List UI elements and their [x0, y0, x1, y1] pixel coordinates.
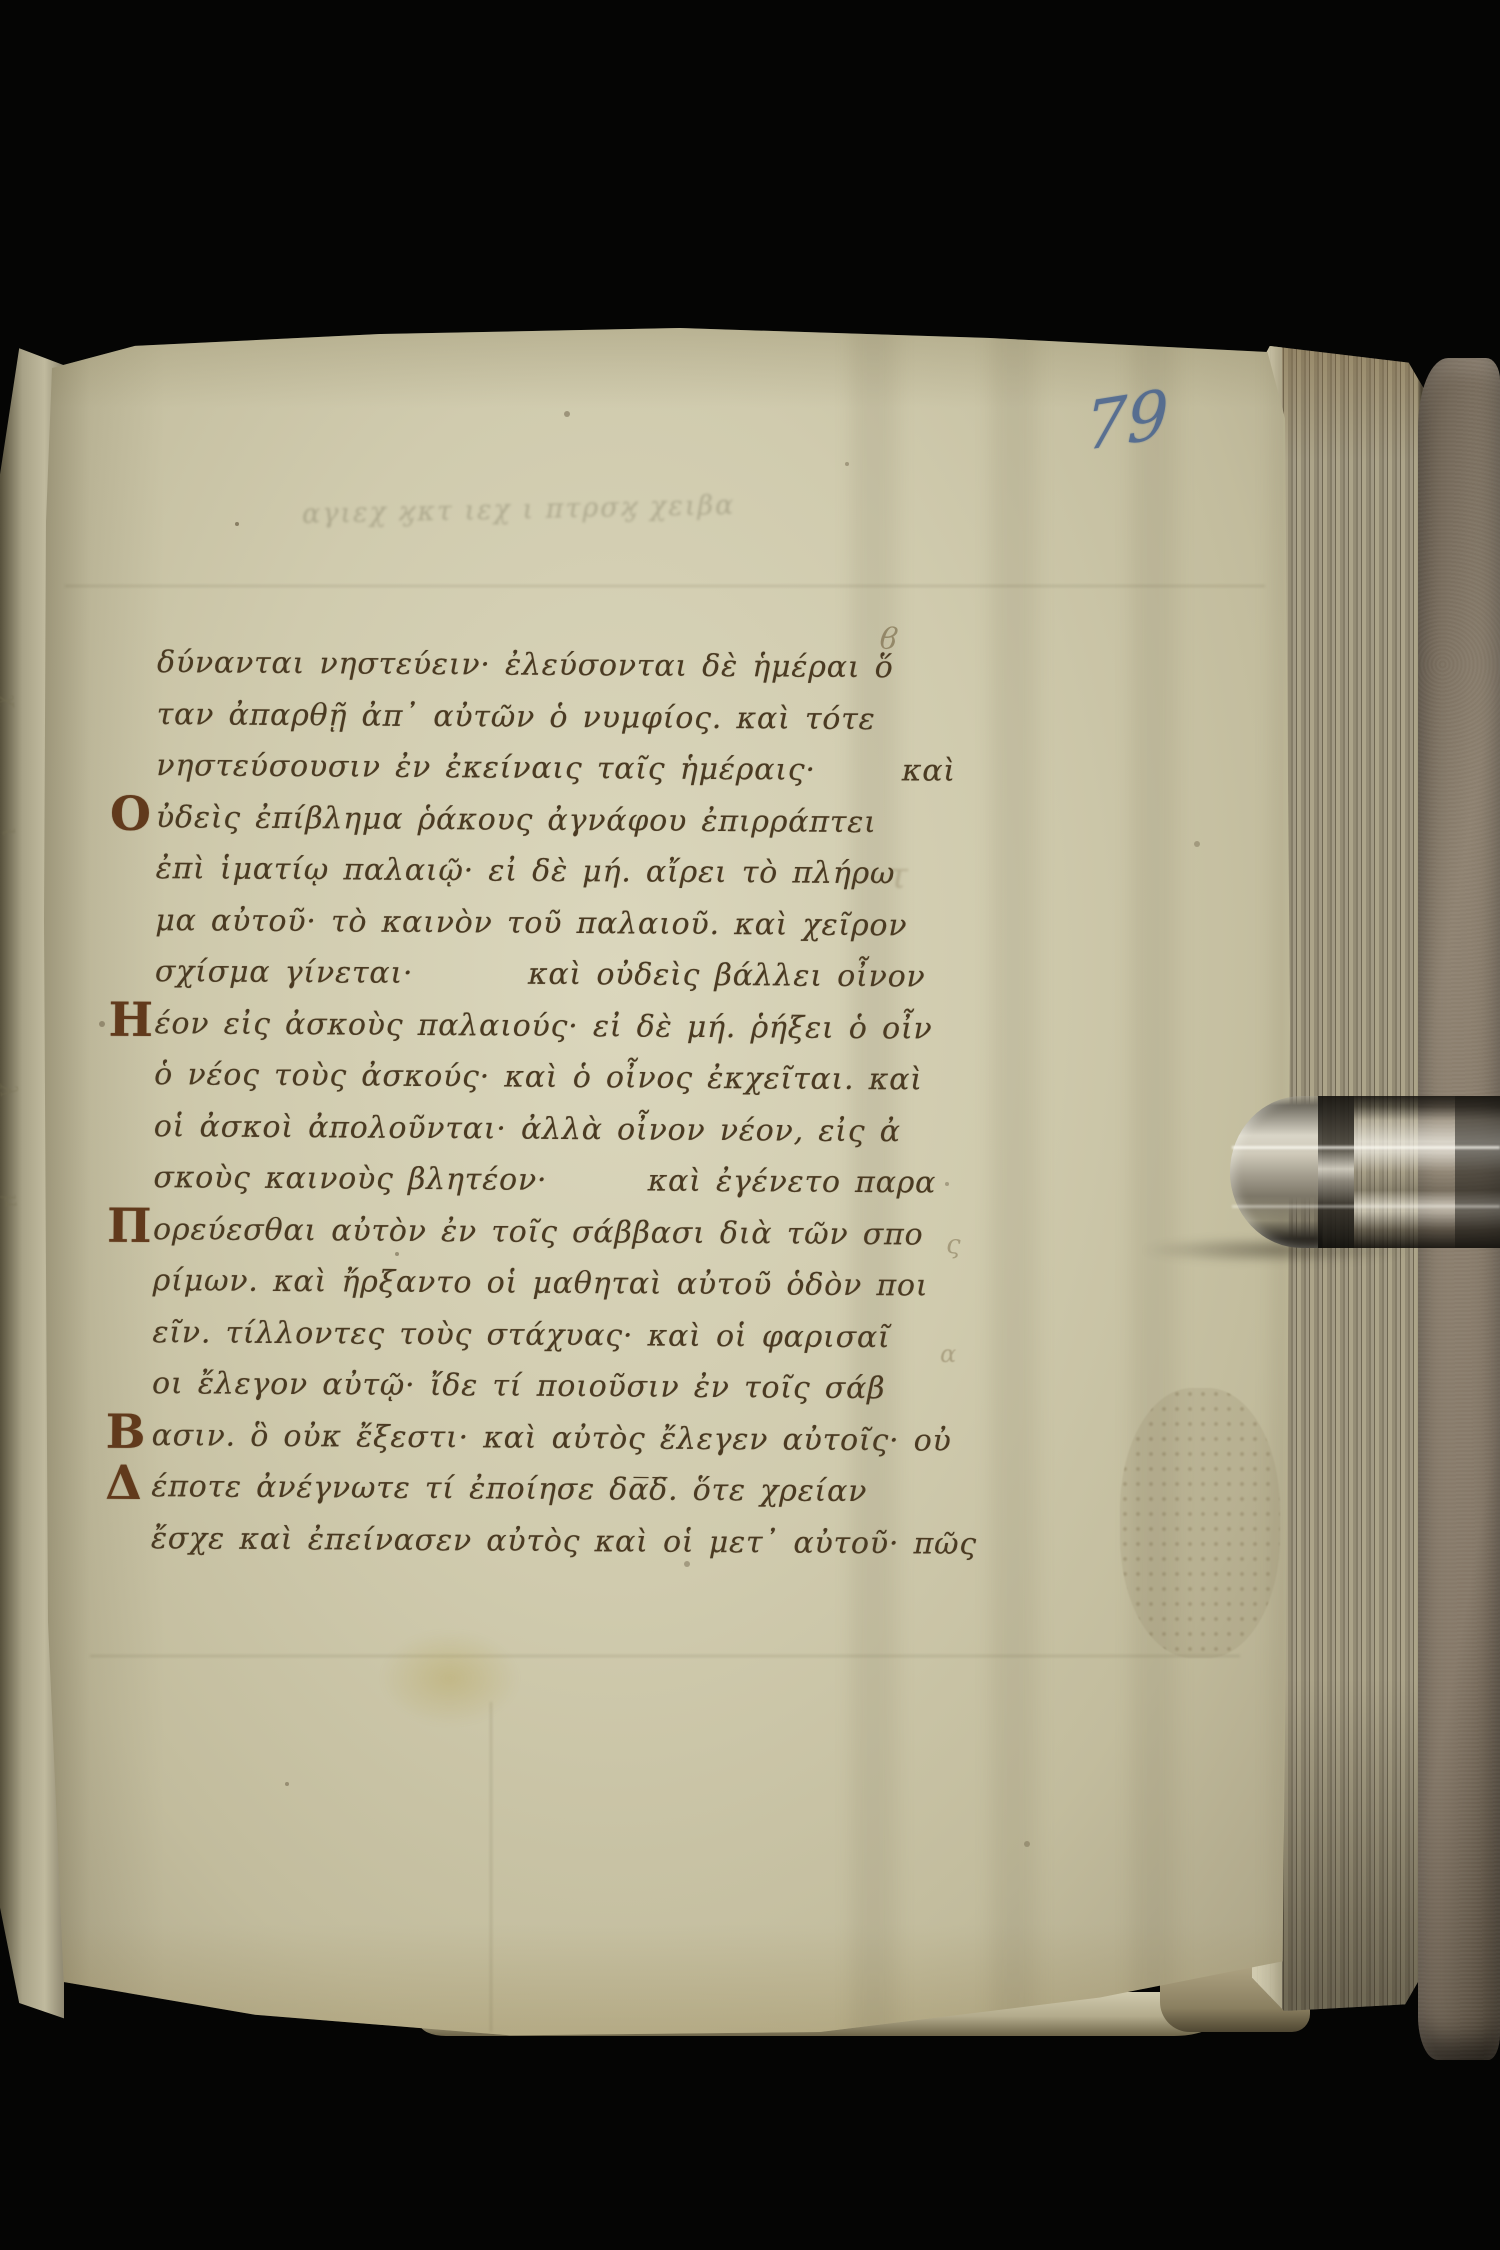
- text-line: ταν ἀπαρθῇ ἀπ᾽ αὐτῶν ὁ νυμφίος. καὶ τότε: [111, 688, 1031, 746]
- marginal-mark: ς: [946, 1230, 961, 1260]
- line-initial: Η: [108, 994, 154, 1046]
- faded-offset-text: αγιεχ ϗκτ ιεχ ι πτρσϗ χειβα: [302, 489, 763, 530]
- line-text: εῖν. τίλλοντες τοὺς στάχυας· καὶ οἱ φαρι…: [152, 1315, 890, 1355]
- text-line: εῖν. τίλλοντες τοὺς στάχυας· καὶ οἱ φαρι…: [106, 1306, 1026, 1364]
- text-line: Δέποτε ἀνέγνωτε τί ἐποίησε δα̅δ̅. ὅτε χρ…: [105, 1461, 1025, 1519]
- line-text: οἱ ἀσκοὶ ἀπολοῦνται· ἀλλὰ οἶνον νέον, εἰ…: [154, 1109, 901, 1149]
- line-text: σχίσμα γίνεται· καὶ οὐδεὶς βάλλει οἶνον: [155, 954, 926, 994]
- line-text: ἐπὶ ἱματίῳ παλαιῷ· εἰ δὲ μή. αἴρει τὸ πλ…: [156, 851, 896, 891]
- text-line: ὁ νέος τοὺς ἀσκούς· καὶ ὁ οἶνος ἐκχεῖται…: [108, 1049, 1028, 1107]
- line-text: ὐδεὶς ἐπίβλημα ῥάκους ἀγνάφου ἐπιρράπτει: [156, 800, 877, 840]
- text-line: Βασιν. ὃ οὐκ ἔξεστι· καὶ αὐτὸς ἔλεγεν αὐ…: [105, 1409, 1025, 1467]
- parchment-crease: [90, 1655, 1240, 1657]
- text-line: ρίμων. καὶ ἤρξαντο οἱ μαθηταὶ αὐτοῦ ὁδὸν…: [107, 1255, 1027, 1313]
- page-weight-ring: [1318, 1096, 1354, 1248]
- page-weight-highlight: [1232, 1205, 1500, 1208]
- line-initial: Δ: [105, 1458, 143, 1510]
- line-initial: Ο: [110, 788, 152, 840]
- line-initial: Β: [106, 1406, 147, 1458]
- showthrough-glyph: ι: [0, 825, 25, 839]
- line-text: σκοὺς καινοὺς βλητέον· καὶ ἐγένετο παρα: [153, 1160, 936, 1200]
- line-text: μα αὐτοῦ· τὸ καινὸν τοῦ παλαιοῦ. καὶ χεῖ…: [155, 903, 907, 943]
- line-text: ασιν. ὃ οὐκ ἔξεστι· καὶ αὐτὸς ἔλεγεν αὐτ…: [152, 1418, 952, 1459]
- page-weight-dark-band: [1455, 1096, 1500, 1248]
- parchment-crease: [65, 585, 1265, 587]
- line-text: έον εἰς ἀσκοὺς παλαιούς· εἰ δὲ μή. ῥήξει…: [154, 1006, 932, 1046]
- line-text: ορεύεσθαι αὐτὸν ἐν τοῖς σάββασι διὰ τῶν …: [153, 1212, 924, 1252]
- line-text: έποτε ἀνέγνωτε τί ἐποίησε δα̅δ̅. ὅτε χρε…: [151, 1469, 867, 1509]
- parchment-follicle-patch: [1120, 1388, 1280, 1658]
- line-text: ἔσχε καὶ ἐπείνασεν αὐτὸς καὶ οἱ μετ᾽ αὐτ…: [151, 1521, 977, 1562]
- text-line: Οὐδεὶς ἐπίβλημα ῥάκους ἀγνάφου ἐπιρράπτε…: [110, 791, 1030, 849]
- line-text: νηστεύσουσιν ἐν ἐκείναις ταῖς ἡμέραις· κ…: [156, 748, 956, 789]
- parchment-crease: [490, 1702, 492, 2032]
- text-line: οἱ ἀσκοὶ ἀπολοῦνται· ἀλλὰ οἶνον νέον, εἰ…: [108, 1100, 1028, 1158]
- page-weight-highlight: [1232, 1146, 1500, 1149]
- manuscript-photo: χ ι λ μ 79 αγιεχ ϗκτ ιεχ ι πτρσϗ χειβα δ…: [0, 0, 1500, 2250]
- showthrough-glyph: λ: [0, 1083, 21, 1099]
- line-initial: Π: [107, 1200, 153, 1252]
- text-line: Πορεύεσθαι αὐτὸν ἐν τοῖς σάββασι διὰ τῶν…: [107, 1203, 1027, 1261]
- text-line: σκοὺς καινοὺς βλητέον· καὶ ἐγένετο παρα: [107, 1152, 1027, 1210]
- text-line: οι ἔλεγον αὐτῷ· ἴδε τί ποιοῦσιν ἐν τοῖς …: [106, 1358, 1026, 1416]
- glass-page-weight: [1230, 1096, 1500, 1248]
- text-line: νηστεύσουσιν ἐν ἐκείναις ταῖς ἡμέραις· κ…: [110, 740, 1030, 798]
- page-number: 79: [1085, 375, 1169, 466]
- line-text: ρίμων. καὶ ἤρξαντο οἱ μαθηταὶ αὐτοῦ ὁδὸν…: [153, 1263, 929, 1303]
- marginal-mark: τ: [888, 856, 908, 897]
- text-line: μα αὐτοῦ· τὸ καινὸν τοῦ παλαιοῦ. καὶ χεῖ…: [109, 894, 1029, 952]
- text-line: σχίσμα γίνεται· καὶ οὐδεὶς βάλλει οἶνον: [109, 946, 1029, 1004]
- greek-text-block: δύνανται νηστεύειν· ἐλεύσονται δὲ ἡμέραι…: [105, 637, 1031, 1570]
- page-weight-tip: [1230, 1096, 1322, 1248]
- line-text: οι ἔλεγον αὐτῷ· ἴδε τί ποιοῦσιν ἐν τοῖς …: [152, 1366, 886, 1406]
- showthrough-glyph: χ: [0, 693, 22, 709]
- line-text: ταν ἀπαρθῇ ἀπ᾽ αὐτῶν ὁ νυμφίος. καὶ τότε: [157, 697, 876, 737]
- text-line: Ηέον εἰς ἀσκοὺς παλαιούς· εἰ δὲ μή. ῥήξε…: [108, 997, 1028, 1055]
- text-line: ἔσχε καὶ ἐπείνασεν αὐτὸς καὶ οἱ μετ᾽ αὐτ…: [105, 1512, 1025, 1570]
- line-text: ὁ νέος τοὺς ἀσκούς· καὶ ὁ οἶνος ἐκχεῖται…: [154, 1057, 923, 1097]
- parchment-specks: [235, 522, 239, 526]
- marginal-mark: α: [940, 1340, 956, 1368]
- parchment-stain: [380, 1630, 520, 1726]
- manuscript-page: 79 αγιεχ ϗκτ ιεχ ι πτρσϗ χειβα δύνανται …: [40, 322, 1290, 2044]
- showthrough-glyph: μ: [0, 1192, 25, 1210]
- line-text: δύνανται νηστεύειν· ἐλεύσονται δὲ ἡμέραι…: [157, 645, 894, 685]
